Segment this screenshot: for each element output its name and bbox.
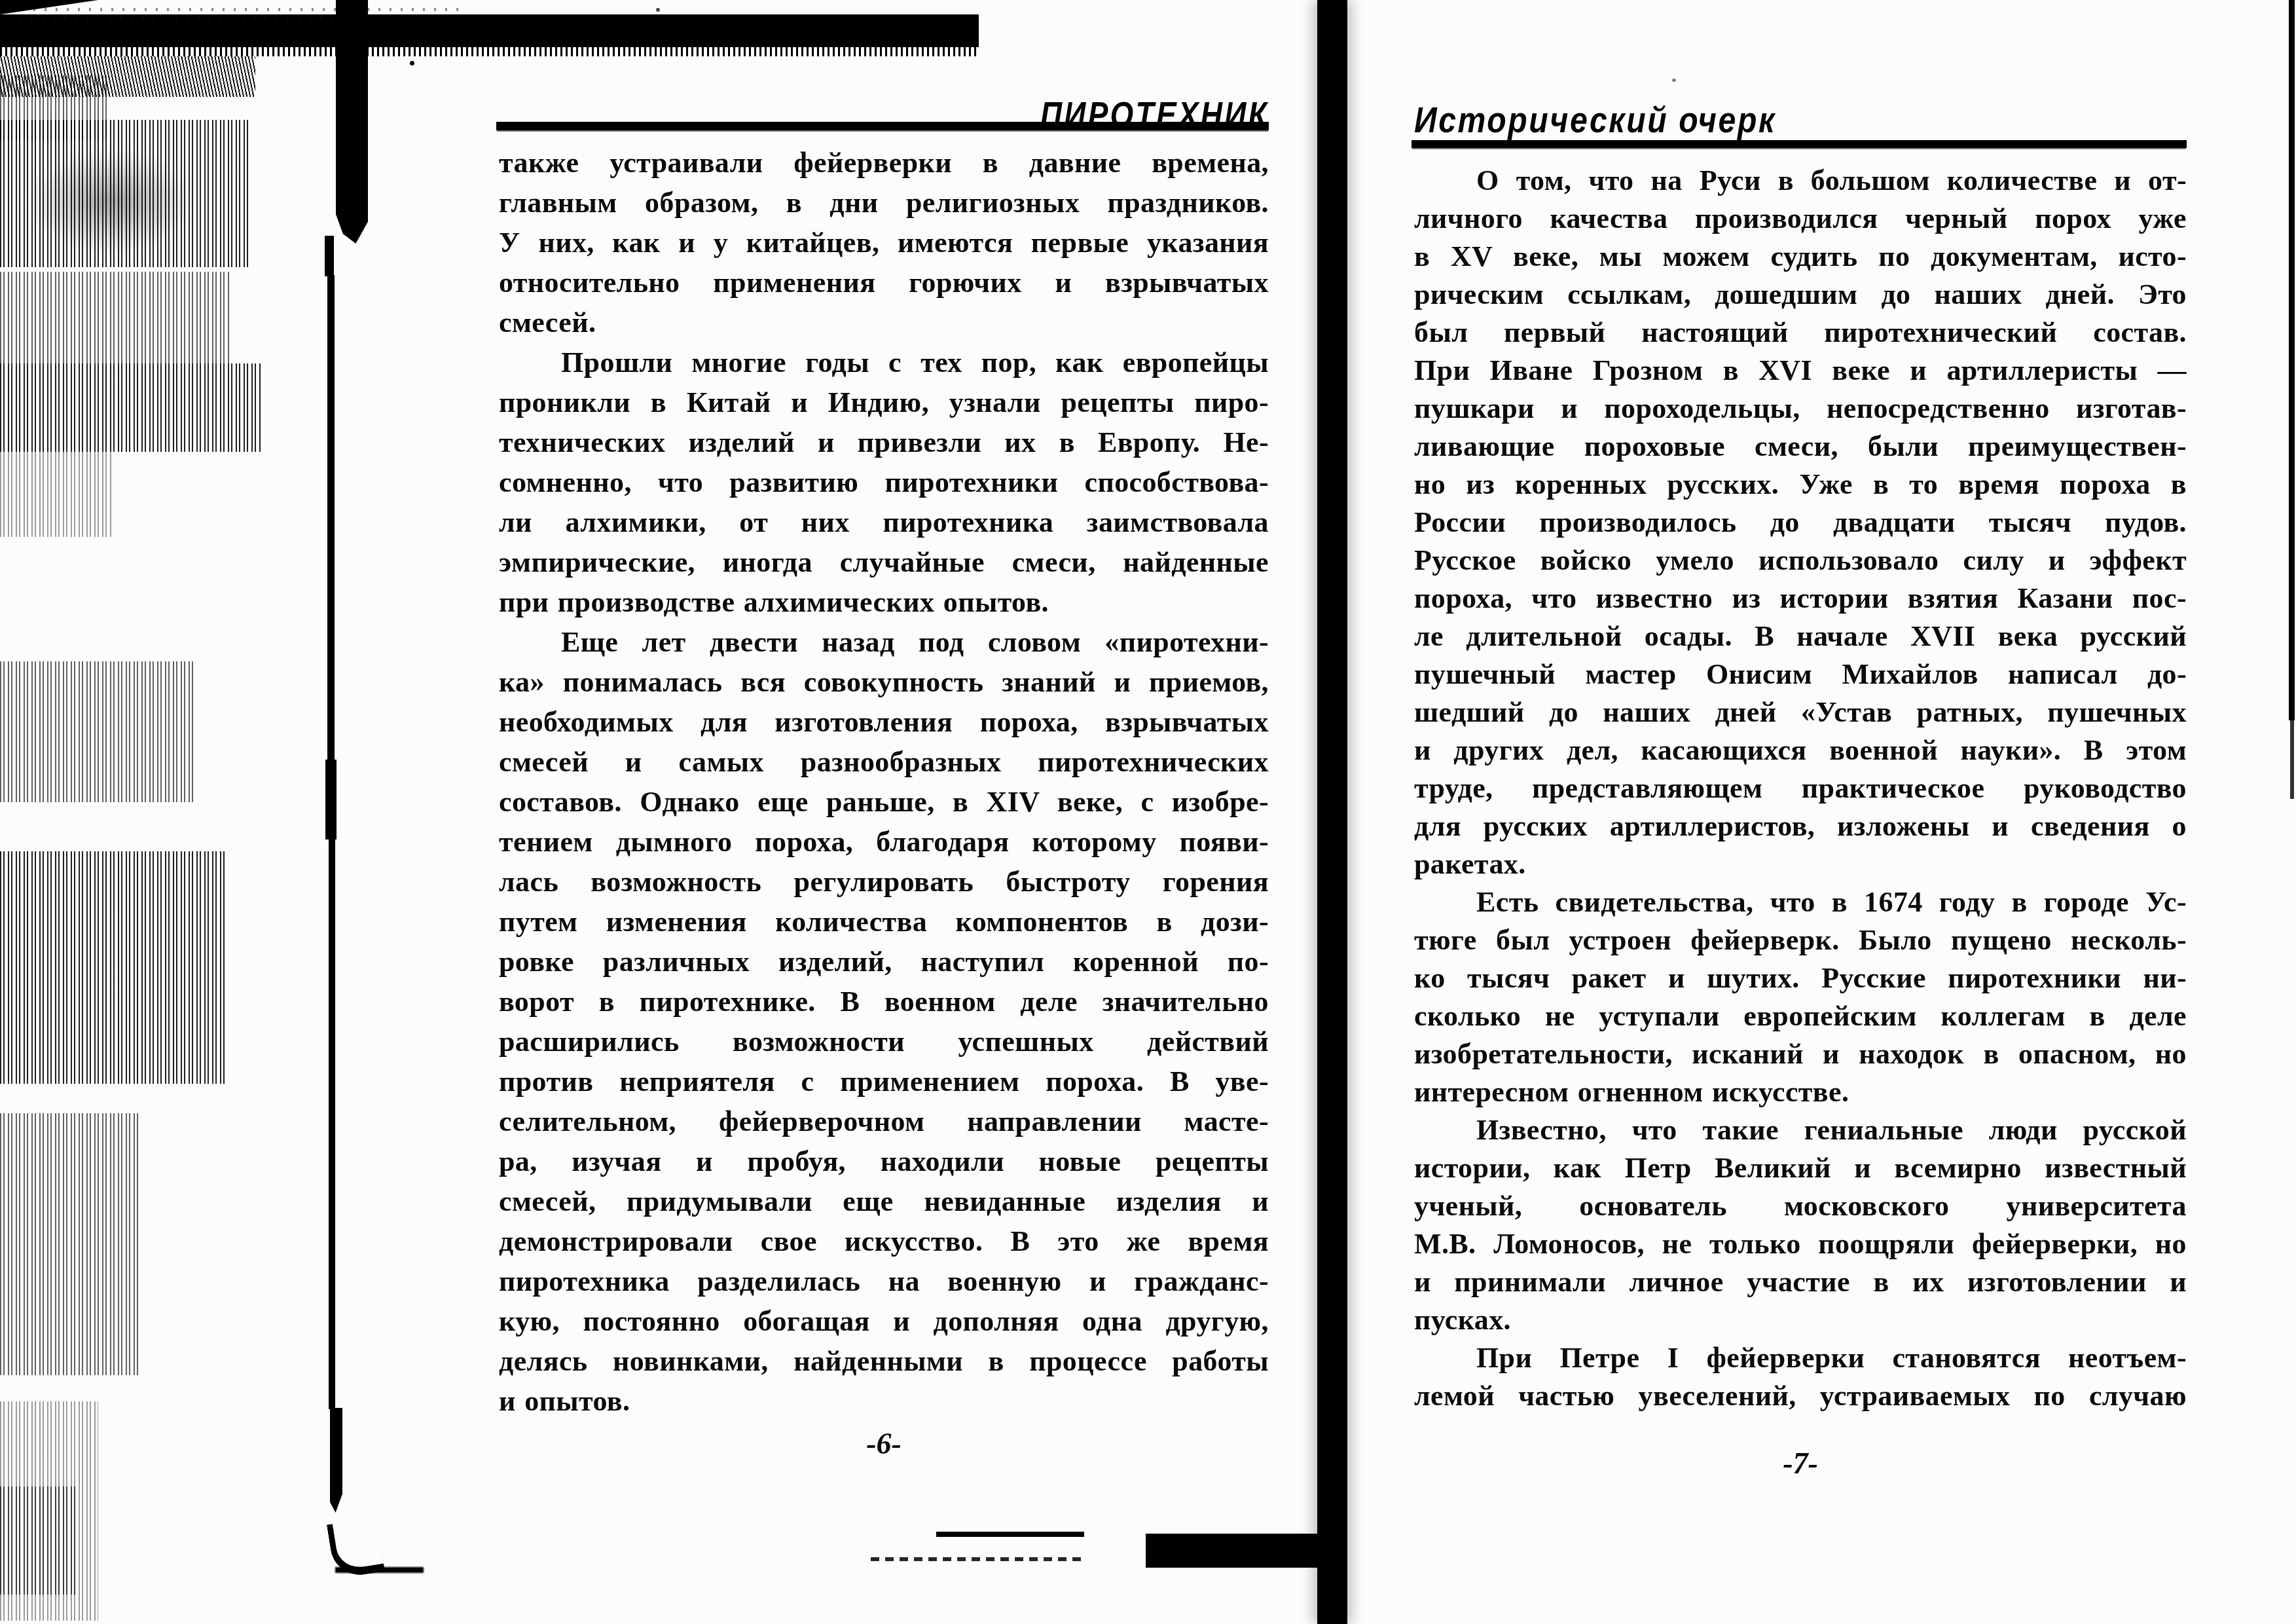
text-line: личного качества производился черный пор… (1414, 200, 2187, 238)
book-scan-spread: { "left_page": { "header": "ПИРОТЕХНИК",… (0, 0, 2296, 1624)
text-line: ворот в пиротехнике. В военном деле знач… (499, 982, 1269, 1022)
text-line: смесей. (499, 303, 1269, 342)
text-line: путем изменения количества компонентов в… (499, 902, 1269, 942)
bottom-band-hatch (0, 56, 255, 97)
text-line: ра, изучая и пробуя, находили новые реце… (499, 1141, 1269, 1181)
left-page-text: также устраивали фейерверки в давние вре… (499, 143, 1269, 1421)
text-line: Известно, что такие гениальные люди русс… (1414, 1111, 2187, 1149)
page-edge-line (329, 838, 335, 1409)
text-line: и опытов. (499, 1381, 1269, 1421)
text-line: лемой частью увеселений, устраиваемых по… (1414, 1377, 2187, 1415)
text-line: Есть свидетельства, что в 1674 году в го… (1414, 883, 2187, 921)
scan-speckle-row (20, 17, 360, 20)
text-line: При Петре I фейерверки становятся неотъе… (1414, 1339, 2187, 1377)
text-line: пусках. (1414, 1301, 2187, 1339)
scan-noise-band (0, 1486, 75, 1595)
text-line: против неприятеля с применением пороха. … (499, 1061, 1269, 1101)
scan-noise-band (0, 272, 229, 363)
scan-noise-band (0, 1113, 141, 1375)
text-line: и других дел, касающихся военной науки».… (1414, 731, 2187, 769)
scan-noise-band (0, 452, 111, 537)
text-line: ли алхимики, от них пиротехника заимство… (499, 502, 1269, 542)
scan-dot (1672, 79, 1676, 82)
text-line: пушечный мастер Онисим Михайлов написал … (1414, 655, 2187, 693)
text-line: кую, постоянно обогащая и дополняя одна … (499, 1301, 1269, 1341)
text-line: в XV веке, мы можем судить по документам… (1414, 238, 2187, 276)
text-line: пороха, что известно из истории взятия К… (1414, 580, 2187, 618)
text-line: истории, как Петр Великий и всемирно изв… (1414, 1149, 2187, 1187)
text-line: У них, как и у китайцев, имеются первые … (499, 223, 1269, 263)
left-header-rule (496, 122, 1269, 130)
page-edge-line (327, 275, 335, 761)
text-line: ка» понималась вся совокупность знаний и… (499, 662, 1269, 702)
scan-noise-band (0, 661, 196, 802)
scan-dot (410, 61, 414, 65)
scan-dot (656, 8, 660, 12)
text-line: шедший до наших дней «Устав ратных, пуше… (1414, 693, 2187, 731)
page-edge-line (325, 760, 337, 840)
text-line: эмпирические, иногда случайные смеси, на… (499, 542, 1269, 582)
text-line: интересном огненном искусстве. (1414, 1073, 2187, 1111)
scan-speckle-row (0, 8, 458, 11)
text-line: тюге был устроен фейерверк. Было пущено … (1414, 921, 2187, 959)
text-line: ученый, основатель московского университ… (1414, 1187, 2187, 1225)
left-page-number: -6- (499, 1426, 1269, 1461)
text-line: пушкари и пороходельцы, непосредственно … (1414, 390, 2187, 428)
text-line: М.В. Ломоносов, не только поощряли фейер… (1414, 1225, 2187, 1263)
text-line: составов. Однако еще раньше, в XIV веке,… (499, 782, 1269, 822)
text-line: технических изделий и привезли их в Евро… (499, 422, 1269, 462)
right-page-header: Исторический очерк (1414, 98, 1776, 141)
text-line: но из коренных русских. Уже в то время п… (1414, 466, 2187, 504)
text-line: Еще лет двести назад под словом «пиротех… (499, 622, 1269, 662)
text-line: труде, представляющем практическое руков… (1414, 769, 2187, 807)
text-line: России производилось до двадцати тысяч п… (1414, 504, 2187, 542)
text-line: ливающие пороховые смеси, были преимущес… (1414, 428, 2187, 466)
text-line: ле длительной осады. В начале XVII века … (1414, 618, 2187, 655)
text-line: и принимали личное участие в их изготовл… (1414, 1263, 2187, 1301)
page-edge-line (330, 1408, 342, 1513)
bottom-band-fringe (0, 47, 979, 56)
text-line: пиротехника разделилась на военную и гра… (499, 1261, 1269, 1301)
text-line: изобретательности, исканий и находок в о… (1414, 1035, 2187, 1073)
scan-smear-line (335, 1567, 424, 1573)
right-page-number: -7- (1414, 1446, 2187, 1481)
scan-block (1146, 1534, 1321, 1568)
text-line: О том, что на Руси в большом количестве … (1414, 162, 2187, 200)
text-line: делясь новинками, найденными в процессе … (499, 1341, 1269, 1381)
text-line: необходимых для изготовления пороха, взр… (499, 702, 1269, 742)
text-line: лась возможность регулировать быстроту г… (499, 862, 1269, 902)
text-line: Прошли многие годы с тех пор, как европе… (499, 342, 1269, 382)
text-line: был первый настоящий пиротехнический сос… (1414, 314, 2187, 352)
text-line: смесей, придумывали еще невиданные издел… (499, 1181, 1269, 1221)
scan-dotted-line (871, 1557, 1087, 1561)
spine-shadow-bar (336, 0, 368, 244)
text-line: сомненно, что развитию пиротехники спосо… (499, 462, 1269, 502)
text-line: селительном, фейерверочном направлении м… (499, 1101, 1269, 1141)
text-line: для русских артиллеристов, изложены и св… (1414, 807, 2187, 845)
text-line: также устраивали фейерверки в давние вре… (499, 143, 1269, 183)
text-line: при производстве алхимических опытов. (499, 582, 1269, 622)
right-page-text: О том, что на Руси в большом количестве … (1414, 162, 2187, 1415)
text-line: ракетах. (1414, 845, 2187, 883)
scan-noise-band (0, 120, 249, 267)
text-line: относительно применения горючих и взрывч… (499, 263, 1269, 303)
text-line: ровке различных изделий, наступил коренн… (499, 942, 1269, 982)
page-edge-line (325, 236, 334, 276)
text-line: рическим ссылкам, дошедшим до наших дней… (1414, 276, 2187, 314)
text-line: смесей и самых разнообразных пиротехниче… (499, 742, 1269, 782)
right-edge-line (2290, 720, 2294, 799)
scan-noise-band (0, 363, 262, 452)
text-line: сколько не уступали европейским коллегам… (1414, 997, 2187, 1035)
scan-noise-band (0, 851, 226, 1084)
text-line: расширились возможности успешных действи… (499, 1022, 1269, 1061)
text-line: При Иване Грозном в XVI веке и артиллери… (1414, 352, 2187, 390)
text-line: проникли в Китай и Индию, узнали рецепты… (499, 382, 1269, 422)
text-line: тением дымного пороха, благодаря котором… (499, 822, 1269, 862)
text-line: главным образом, в дни религиозных празд… (499, 183, 1269, 223)
scan-line (936, 1532, 1084, 1537)
scan-artifacts (0, 0, 2296, 97)
right-edge-line (2289, 0, 2295, 720)
scan-corner-wedge (0, 0, 98, 14)
book-gutter-bar (1317, 0, 1347, 1624)
text-line: Русское войско умело использовало силу и… (1414, 542, 2187, 580)
text-line: ко тысяч ракет и шутих. Русские пиротехн… (1414, 959, 2187, 997)
text-line: демонстрировали свое искусство. В это же… (499, 1221, 1269, 1261)
right-header-rule (1412, 140, 2187, 148)
